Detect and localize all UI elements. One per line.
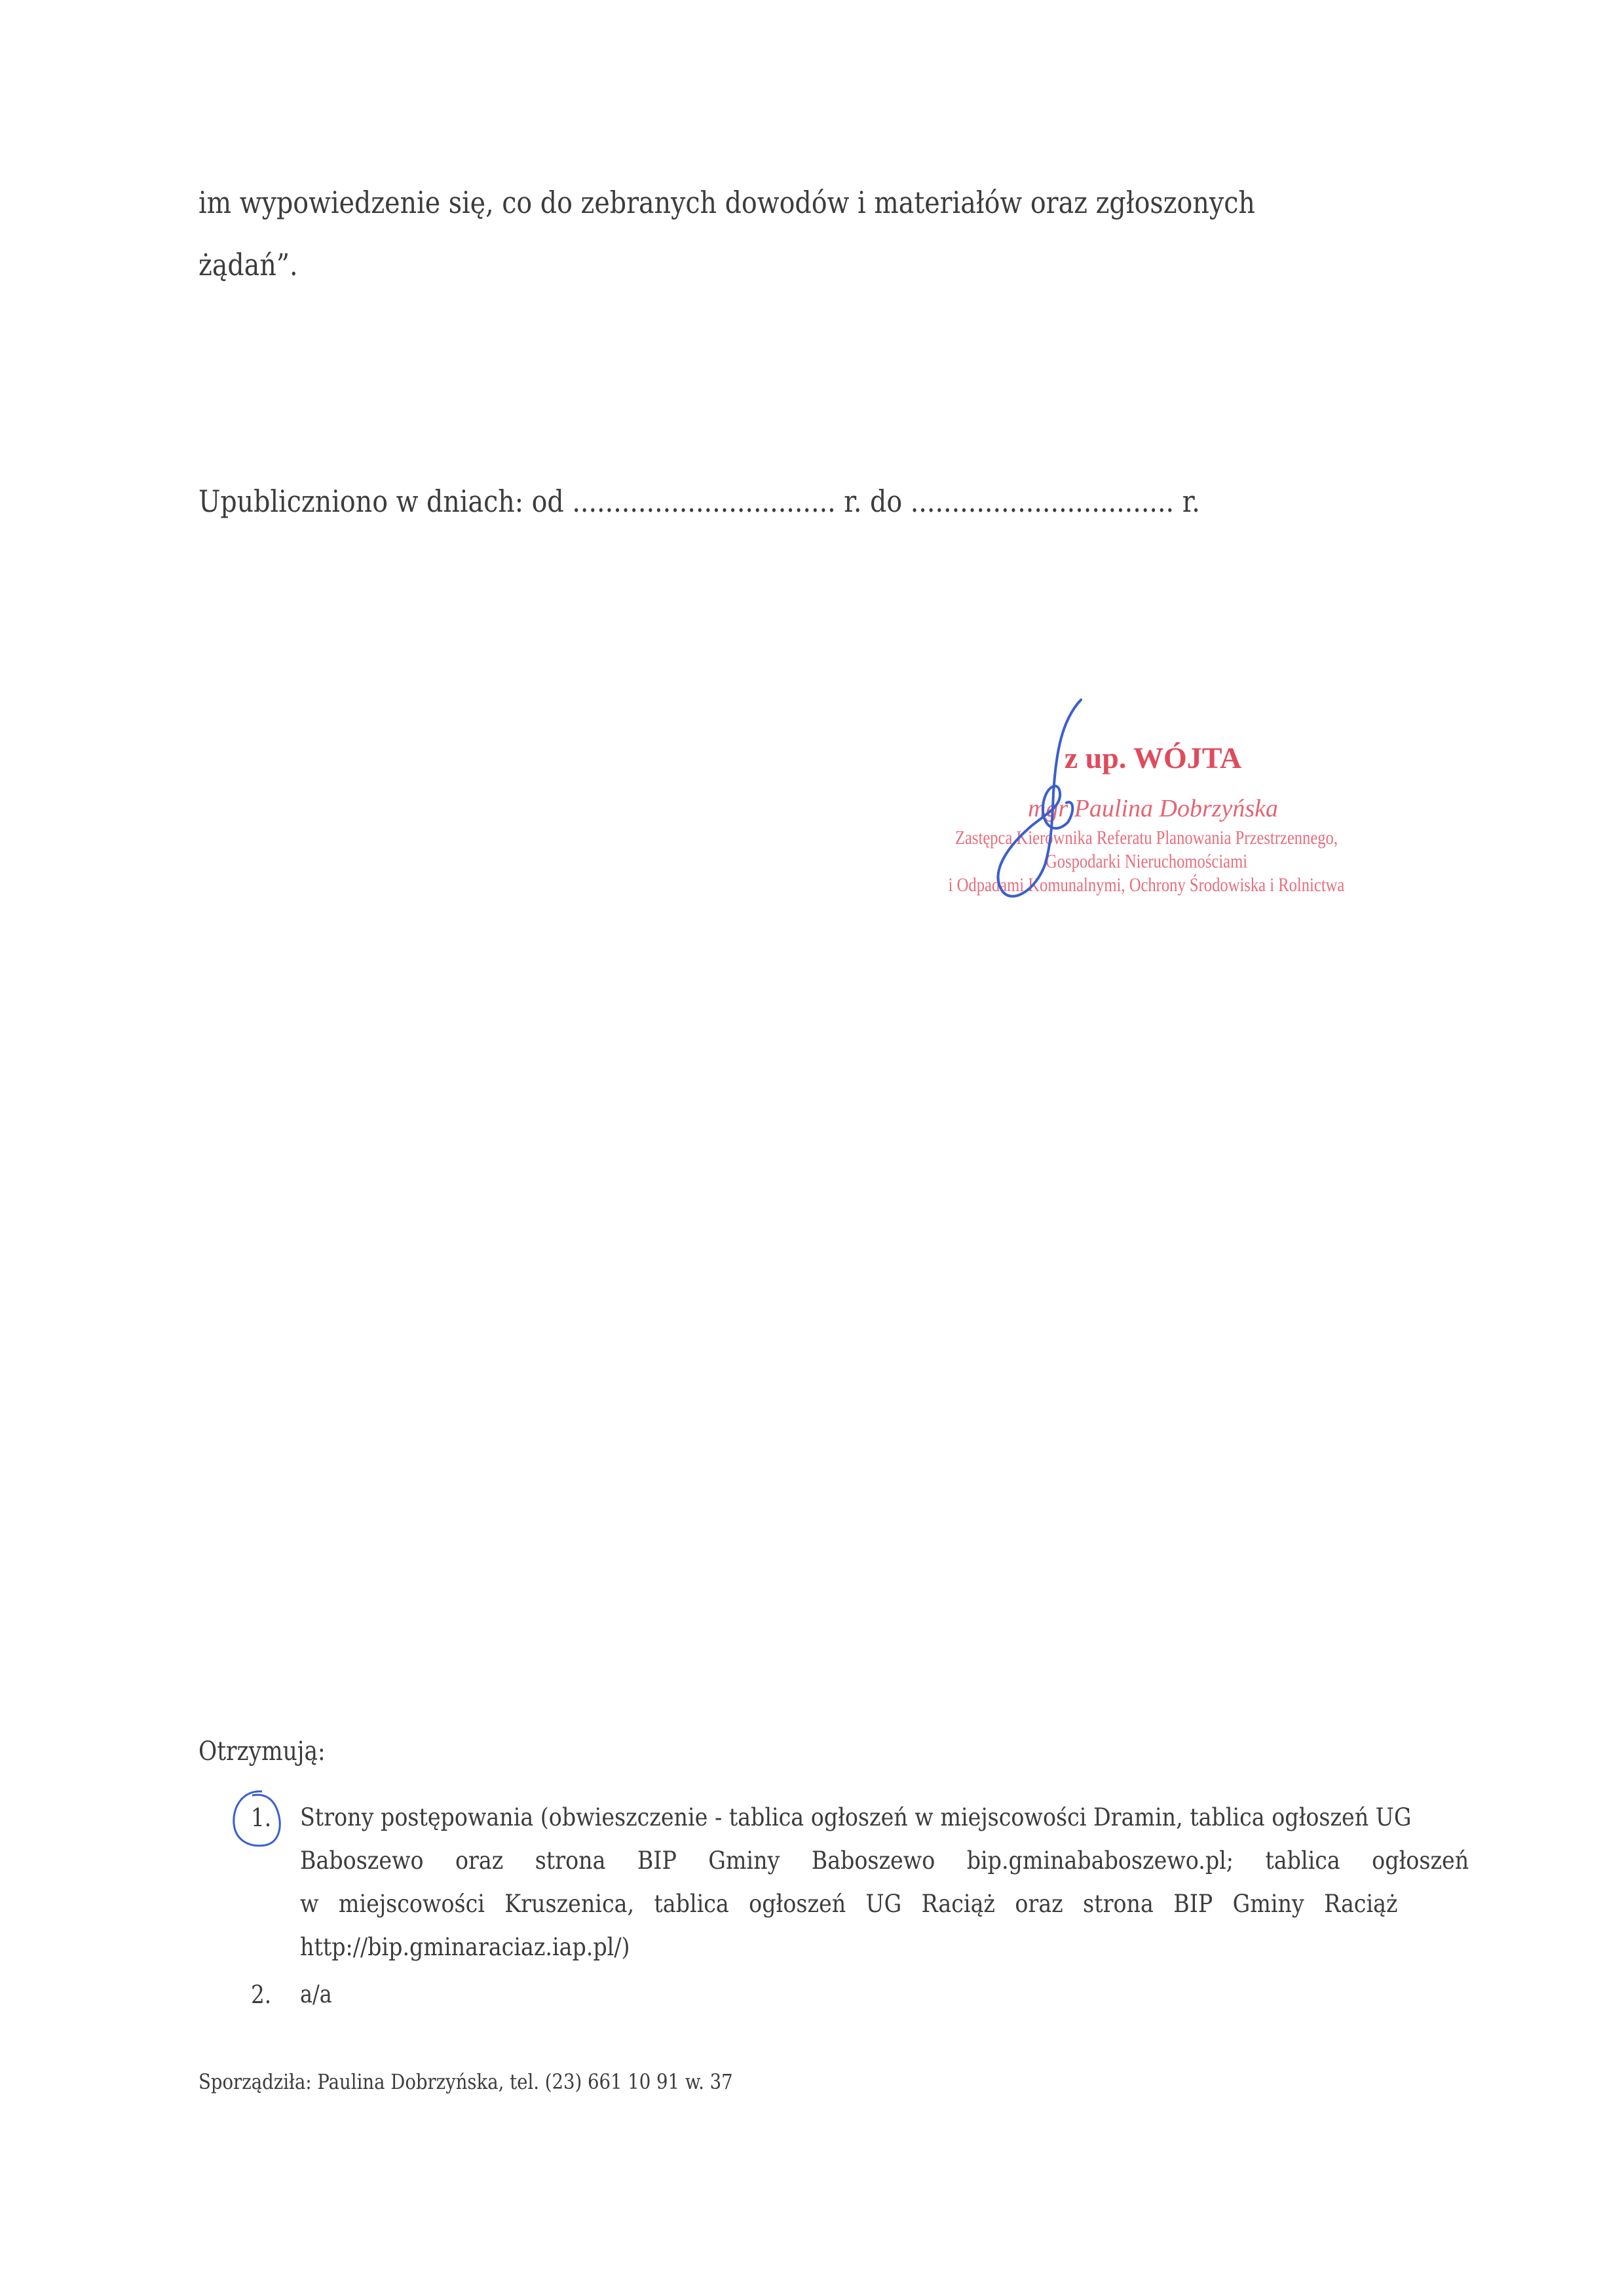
body-text-line: im wypowiedzenie się, co do zebranych do…	[198, 185, 1255, 220]
recipient-item-line: w miejscowości Kruszenica, tablica ogłos…	[300, 1890, 1453, 1918]
recipient-item-line: http://bip.gminaraciaz.iap.pl/)	[300, 1933, 1453, 1961]
recipient-item-text: http://bip.gminaraciaz.iap.pl/)	[300, 1933, 630, 1961]
recipient-item-text: a/a	[300, 1980, 332, 2008]
body-text-line: żądań”.	[198, 247, 298, 282]
recipient-item-line: Baboszewo oraz strona BIP Gminy Baboszew…	[300, 1846, 1453, 1875]
list-number: 2.	[251, 1980, 271, 2009]
recipients-label: Otrzymują:	[198, 1736, 326, 1767]
prepared-by-footer: Sporządziła: Paulina Dobrzyńska, tel. (2…	[198, 2069, 733, 2094]
list-number: 1.	[251, 1803, 271, 1832]
recipient-item-text: Strony postępowania (obwieszczenie - tab…	[300, 1803, 1411, 1831]
stamp-name: mgr Paulina Dobrzyńska	[904, 794, 1402, 823]
stamp-title: z up. WÓJTA	[904, 740, 1402, 775]
recipient-item-text: Baboszewo oraz strona BIP Gminy Baboszew…	[300, 1846, 1469, 1875]
recipient-item-line: Strony postępowania (obwieszczenie - tab…	[300, 1803, 1453, 1831]
publication-dates-line: Upubliczniono w dniach: od .............…	[198, 484, 1200, 519]
recipient-item-text: w miejscowości Kruszenica, tablica ogłos…	[300, 1890, 1398, 1918]
handwritten-signature-icon	[983, 695, 1153, 911]
